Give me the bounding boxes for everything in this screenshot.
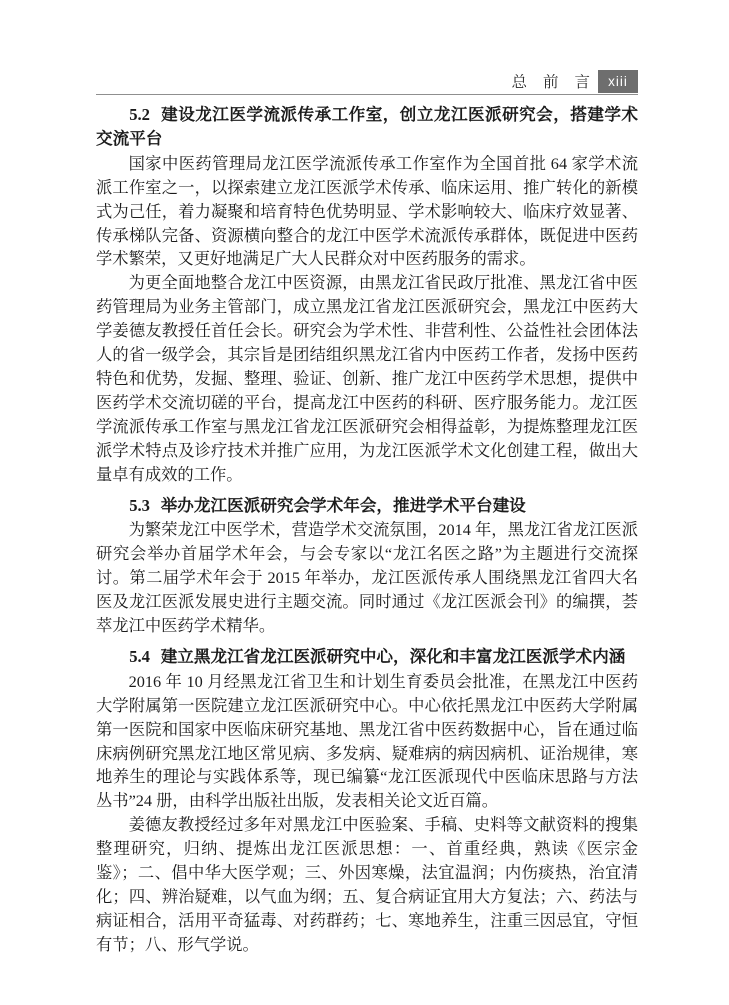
book-page: 总前言 xiii 5.2建设龙江医学流派传承工作室，创立龙江医派研究会，搭建学术… (0, 0, 729, 1005)
header-rule (96, 94, 638, 95)
section-title: 建立黑龙江省龙江医派研究中心，深化和丰富龙江医派学术内涵 (161, 647, 626, 666)
section-heading-5-3: 5.3举办龙江医派研究会学术年会，推进学术平台建设 (96, 494, 638, 518)
paragraph: 国家中医药管理局龙江医学流派传承工作室作为全国首批 64 家学术流派工作室之一，… (96, 152, 638, 272)
paragraph: 姜德友教授经过多年对黑龙江中医验案、手稿、史料等文献资料的搜集整理研究，归纳、提… (96, 813, 638, 956)
page-content: 5.2建设龙江医学流派传承工作室，创立龙江医派研究会，搭建学术交流平台 国家中医… (96, 103, 638, 957)
section-heading-5-4: 5.4建立黑龙江省龙江医派研究中心，深化和丰富龙江医派学术内涵 (96, 645, 638, 669)
paragraph: 2016 年 10 月经黑龙江省卫生和计划生育委员会批准，在黑龙江中医药大学附属… (96, 670, 638, 813)
section-title: 建设龙江医学流派传承工作室，创立龙江医派研究会，搭建学术交流平台 (96, 105, 638, 148)
header-title: 总前言 (511, 70, 606, 92)
section-number: 5.2 (129, 105, 150, 124)
section-title: 举办龙江医派研究会学术年会，推进学术平台建设 (161, 496, 526, 515)
section-number: 5.4 (129, 647, 150, 666)
paragraph: 为繁荣龙江中医学术，营造学术交流氛围，2014 年，黑龙江省龙江医派研究会举办首… (96, 518, 638, 638)
section-heading-5-2: 5.2建设龙江医学流派传承工作室，创立龙江医派研究会，搭建学术交流平台 (96, 103, 638, 151)
paragraph: 为更全面地整合龙江中医资源，由黑龙江省民政厅批准、黑龙江省中医药管理局为业务主管… (96, 271, 638, 486)
page-number-badge: xiii (598, 70, 638, 93)
running-header: 总前言 xiii (96, 68, 638, 94)
section-number: 5.3 (129, 496, 150, 515)
